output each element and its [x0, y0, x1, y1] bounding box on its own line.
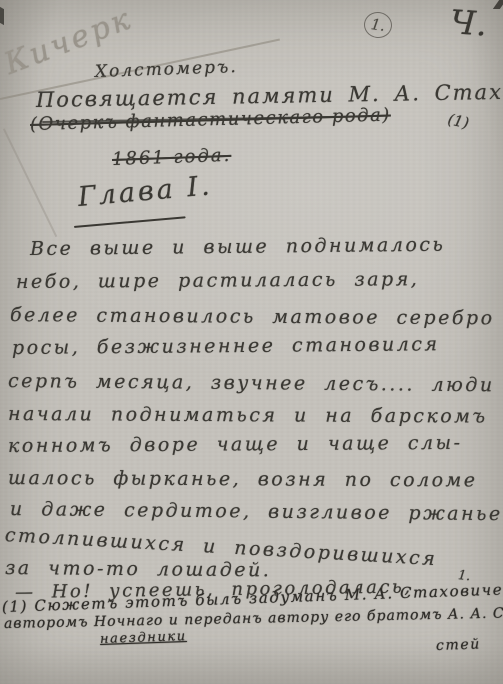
footnote-fragment: стей: [436, 636, 481, 654]
footnote-ref-marker: (1): [446, 110, 471, 132]
manuscript-line: шалось фырканье, возня по соломе: [8, 467, 478, 491]
circled-page-number: 1.: [362, 10, 393, 40]
edge-nick-left: [0, 7, 4, 25]
manuscript-page: 1. Ч. Кичерк Холстомеръ. Посвящается пам…: [0, 0, 503, 684]
crossed-year: 1861 года.: [112, 145, 232, 170]
corner-letter-mark: Ч.: [449, 2, 490, 44]
circled-page-number-text: 1.: [370, 15, 387, 35]
chapter-heading: Глава I.: [77, 170, 214, 213]
manuscript-line: серпъ месяца, звучнее лесъ.... люди: [8, 370, 495, 396]
pencil-tail-line: [3, 128, 57, 237]
manuscript-line: начали подниматься и на барскомъ: [8, 403, 488, 428]
footnote-insertion: наездники: [100, 629, 187, 647]
manuscript-line: небо, шире растилалась заря,: [16, 268, 419, 293]
manuscript-title: Холстомеръ.: [95, 57, 238, 82]
manuscript-line: и даже сердитое, визгливое ржанье: [10, 498, 503, 525]
manuscript-line: за что-то лошадей.: [5, 557, 272, 581]
manuscript-line: конномъ дворе чаще и чаще слы-: [8, 432, 463, 457]
edge-nick-top-right: [493, 0, 503, 9]
chapter-underline: [74, 216, 186, 227]
manuscript-line: росы, безжизненнее становился: [12, 333, 440, 359]
manuscript-line: Все выше и выше поднималось: [30, 234, 446, 260]
manuscript-line: белее становилось матовое серебро: [10, 304, 495, 329]
